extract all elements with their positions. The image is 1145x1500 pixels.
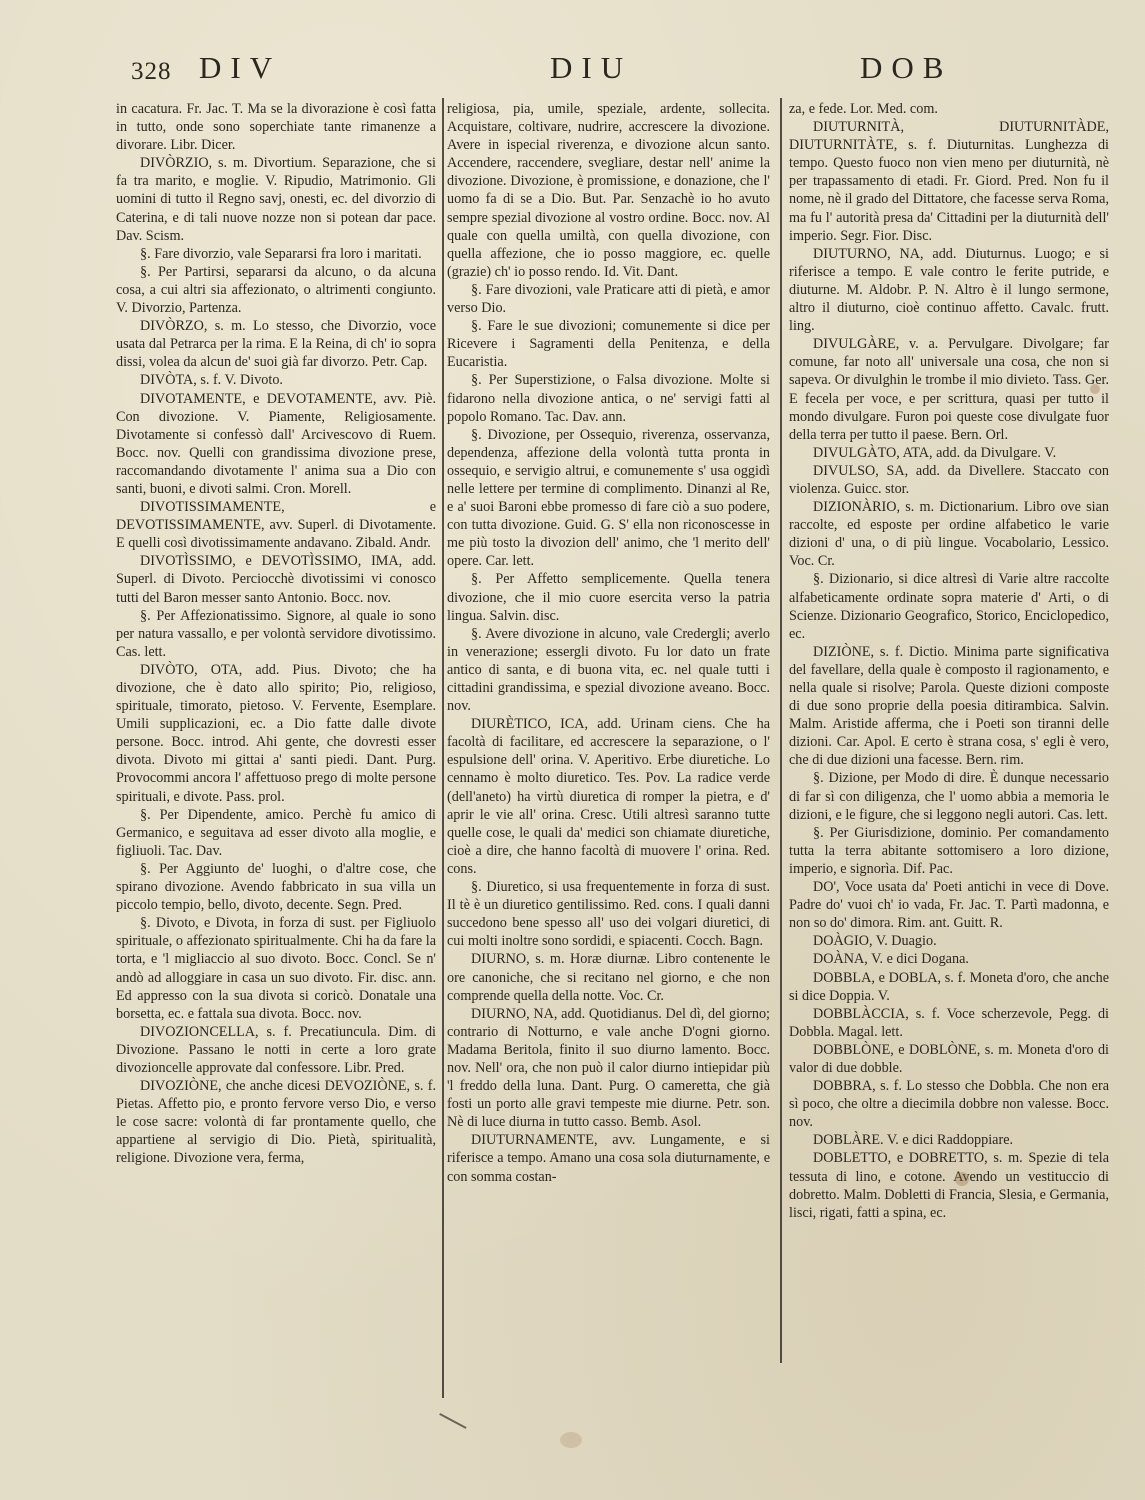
dictionary-entry: §. Per Affetto semplicemente. Quella ten…: [447, 570, 770, 624]
paper-stain: [1090, 384, 1100, 394]
dictionary-entry: DIVOZIONCELLA, s. f. Precatiuncula. Dim.…: [116, 1023, 436, 1077]
text-column-left: in cacatura. Fr. Jac. T. Ma se la divora…: [116, 100, 436, 1168]
dictionary-page: 328 DIV DIU DOB in cacatura. Fr. Jac. T.…: [0, 0, 1145, 1500]
dictionary-entry: DIVOTÌSSIMO, e DEVOTÌSSIMO, IMA, add. Su…: [116, 552, 436, 606]
dictionary-entry: DIVÒRZO, s. m. Lo stesso, che Divorzio, …: [116, 317, 436, 371]
dictionary-entry: DOÀNA, V. e dici Dogana.: [789, 950, 1109, 968]
dictionary-entry: DOBLÀRE. V. e dici Raddoppiare.: [789, 1131, 1109, 1149]
dictionary-entry: DIVÒTA, s. f. V. Divoto.: [116, 371, 436, 389]
dictionary-entry: §. Fare le sue divozioni; comunemente si…: [447, 317, 770, 371]
dictionary-entry: DOÀGIO, V. Duagio.: [789, 932, 1109, 950]
paper-stain: [560, 1432, 582, 1448]
dictionary-entry: §. Divozione, per Ossequio, riverenza, o…: [447, 426, 770, 571]
dictionary-entry: DOBBLÀCCIA, s. f. Voce scherzevole, Pegg…: [789, 1005, 1109, 1041]
dictionary-entry: DIVULSO, SA, add. da Divellere. Staccato…: [789, 462, 1109, 498]
dictionary-entry: DIUTURNITÀ, DIUTURNITÀDE, DIUTURNITÀTE, …: [789, 118, 1109, 245]
paper-scratch: [439, 1413, 466, 1428]
page-header: 328 DIV DIU DOB: [0, 44, 1145, 94]
dictionary-entry: §. Per Aggiunto de' luoghi, o d'altre co…: [116, 860, 436, 914]
paper-stain: [955, 1172, 969, 1186]
dictionary-entry: §. Dizionario, si dice altresì di Varie …: [789, 570, 1109, 642]
dictionary-entry: DIURNO, NA, add. Quotidianus. Del dì, de…: [447, 1005, 770, 1132]
dictionary-entry: DIZIÒNE, s. f. Dictio. Minima parte sign…: [789, 643, 1109, 770]
dictionary-entry: DIVOTISSIMAMENTE, e DEVOTISSIMAMENTE, av…: [116, 498, 436, 552]
dictionary-entry: DIUTURNAMENTE, avv. Lungamente, e si rif…: [447, 1131, 770, 1185]
entry-continuation: in cacatura. Fr. Jac. T. Ma se la divora…: [116, 100, 436, 154]
dictionary-entry: DIVÒRZIO, s. m. Divortium. Separazione, …: [116, 154, 436, 244]
dictionary-entry: §. Per Dipendente, amico. Perchè fu amic…: [116, 806, 436, 860]
dictionary-entry: DOBLETTO, e DOBRETTO, s. m. Spezie di te…: [789, 1149, 1109, 1221]
dictionary-entry: §. Avere divozione in alcuno, vale Crede…: [447, 625, 770, 715]
dictionary-entry: §. Per Superstizione, o Falsa divozione.…: [447, 371, 770, 425]
dictionary-entry: §. Fare divorzio, vale Separarsi fra lor…: [116, 245, 436, 263]
dictionary-entry: DO', Voce usata da' Poeti antichi in vec…: [789, 878, 1109, 932]
dictionary-entry: §. Dizione, per Modo di dire. È dunque n…: [789, 769, 1109, 823]
guide-word-right: DOB: [860, 50, 952, 86]
entry-continuation: za, e fede. Lor. Med. com.: [789, 100, 1109, 118]
dictionary-entry: DIVULGÀTO, ATA, add. da Divulgare. V.: [789, 444, 1109, 462]
dictionary-entry: DIZIONÀRIO, s. m. Dictionarium. Libro ov…: [789, 498, 1109, 570]
dictionary-entry: §. Per Partirsi, separarsi da alcuno, o …: [116, 263, 436, 317]
dictionary-entry: DOBBLÒNE, e DOBLÒNE, s. m. Moneta d'oro …: [789, 1041, 1109, 1077]
text-column-middle: religiosa, pia, umile, speziale, ardente…: [447, 100, 770, 1186]
dictionary-entry: DIUTURNO, NA, add. Diuturnus. Luogo; e s…: [789, 245, 1109, 335]
dictionary-entry: DIVOTAMENTE, e DEVOTAMENTE, avv. Piè. Co…: [116, 390, 436, 499]
dictionary-entry: DIVOZIÒNE, che anche dicesi DEVOZIÒNE, s…: [116, 1077, 436, 1167]
dictionary-entry: DOBBRA, s. f. Lo stesso che Dobbla. Che …: [789, 1077, 1109, 1131]
column-divider: [780, 98, 782, 1363]
dictionary-entry: DIURÈTICO, ICA, add. Urinam ciens. Che h…: [447, 715, 770, 878]
dictionary-entry: §. Fare divozioni, vale Praticare atti d…: [447, 281, 770, 317]
text-column-right: za, e fede. Lor. Med. com.DIUTURNITÀ, DI…: [789, 100, 1109, 1222]
guide-word-middle: DIU: [550, 50, 632, 86]
guide-word-left: DIV: [199, 50, 281, 86]
entry-continuation: religiosa, pia, umile, speziale, ardente…: [447, 100, 770, 281]
dictionary-entry: DIVÒTO, OTA, add. Pius. Divoto; che ha d…: [116, 661, 436, 806]
dictionary-entry: §. Diuretico, si usa frequentemente in f…: [447, 878, 770, 950]
dictionary-entry: §. Per Affezionatissimo. Signore, al qua…: [116, 607, 436, 661]
dictionary-entry: DIURNO, s. m. Horæ diurnæ. Libro contene…: [447, 950, 770, 1004]
dictionary-entry: DIVULGÀRE, v. a. Pervulgare. Divolgare; …: [789, 335, 1109, 444]
dictionary-entry: §. Per Giurisdizione, dominio. Per coman…: [789, 824, 1109, 878]
dictionary-entry: §. Divoto, e Divota, in forza di sust. p…: [116, 914, 436, 1023]
dictionary-entry: DOBBLA, e DOBLA, s. f. Moneta d'oro, che…: [789, 969, 1109, 1005]
column-divider: [442, 98, 444, 1398]
page-number: 328: [131, 58, 172, 86]
